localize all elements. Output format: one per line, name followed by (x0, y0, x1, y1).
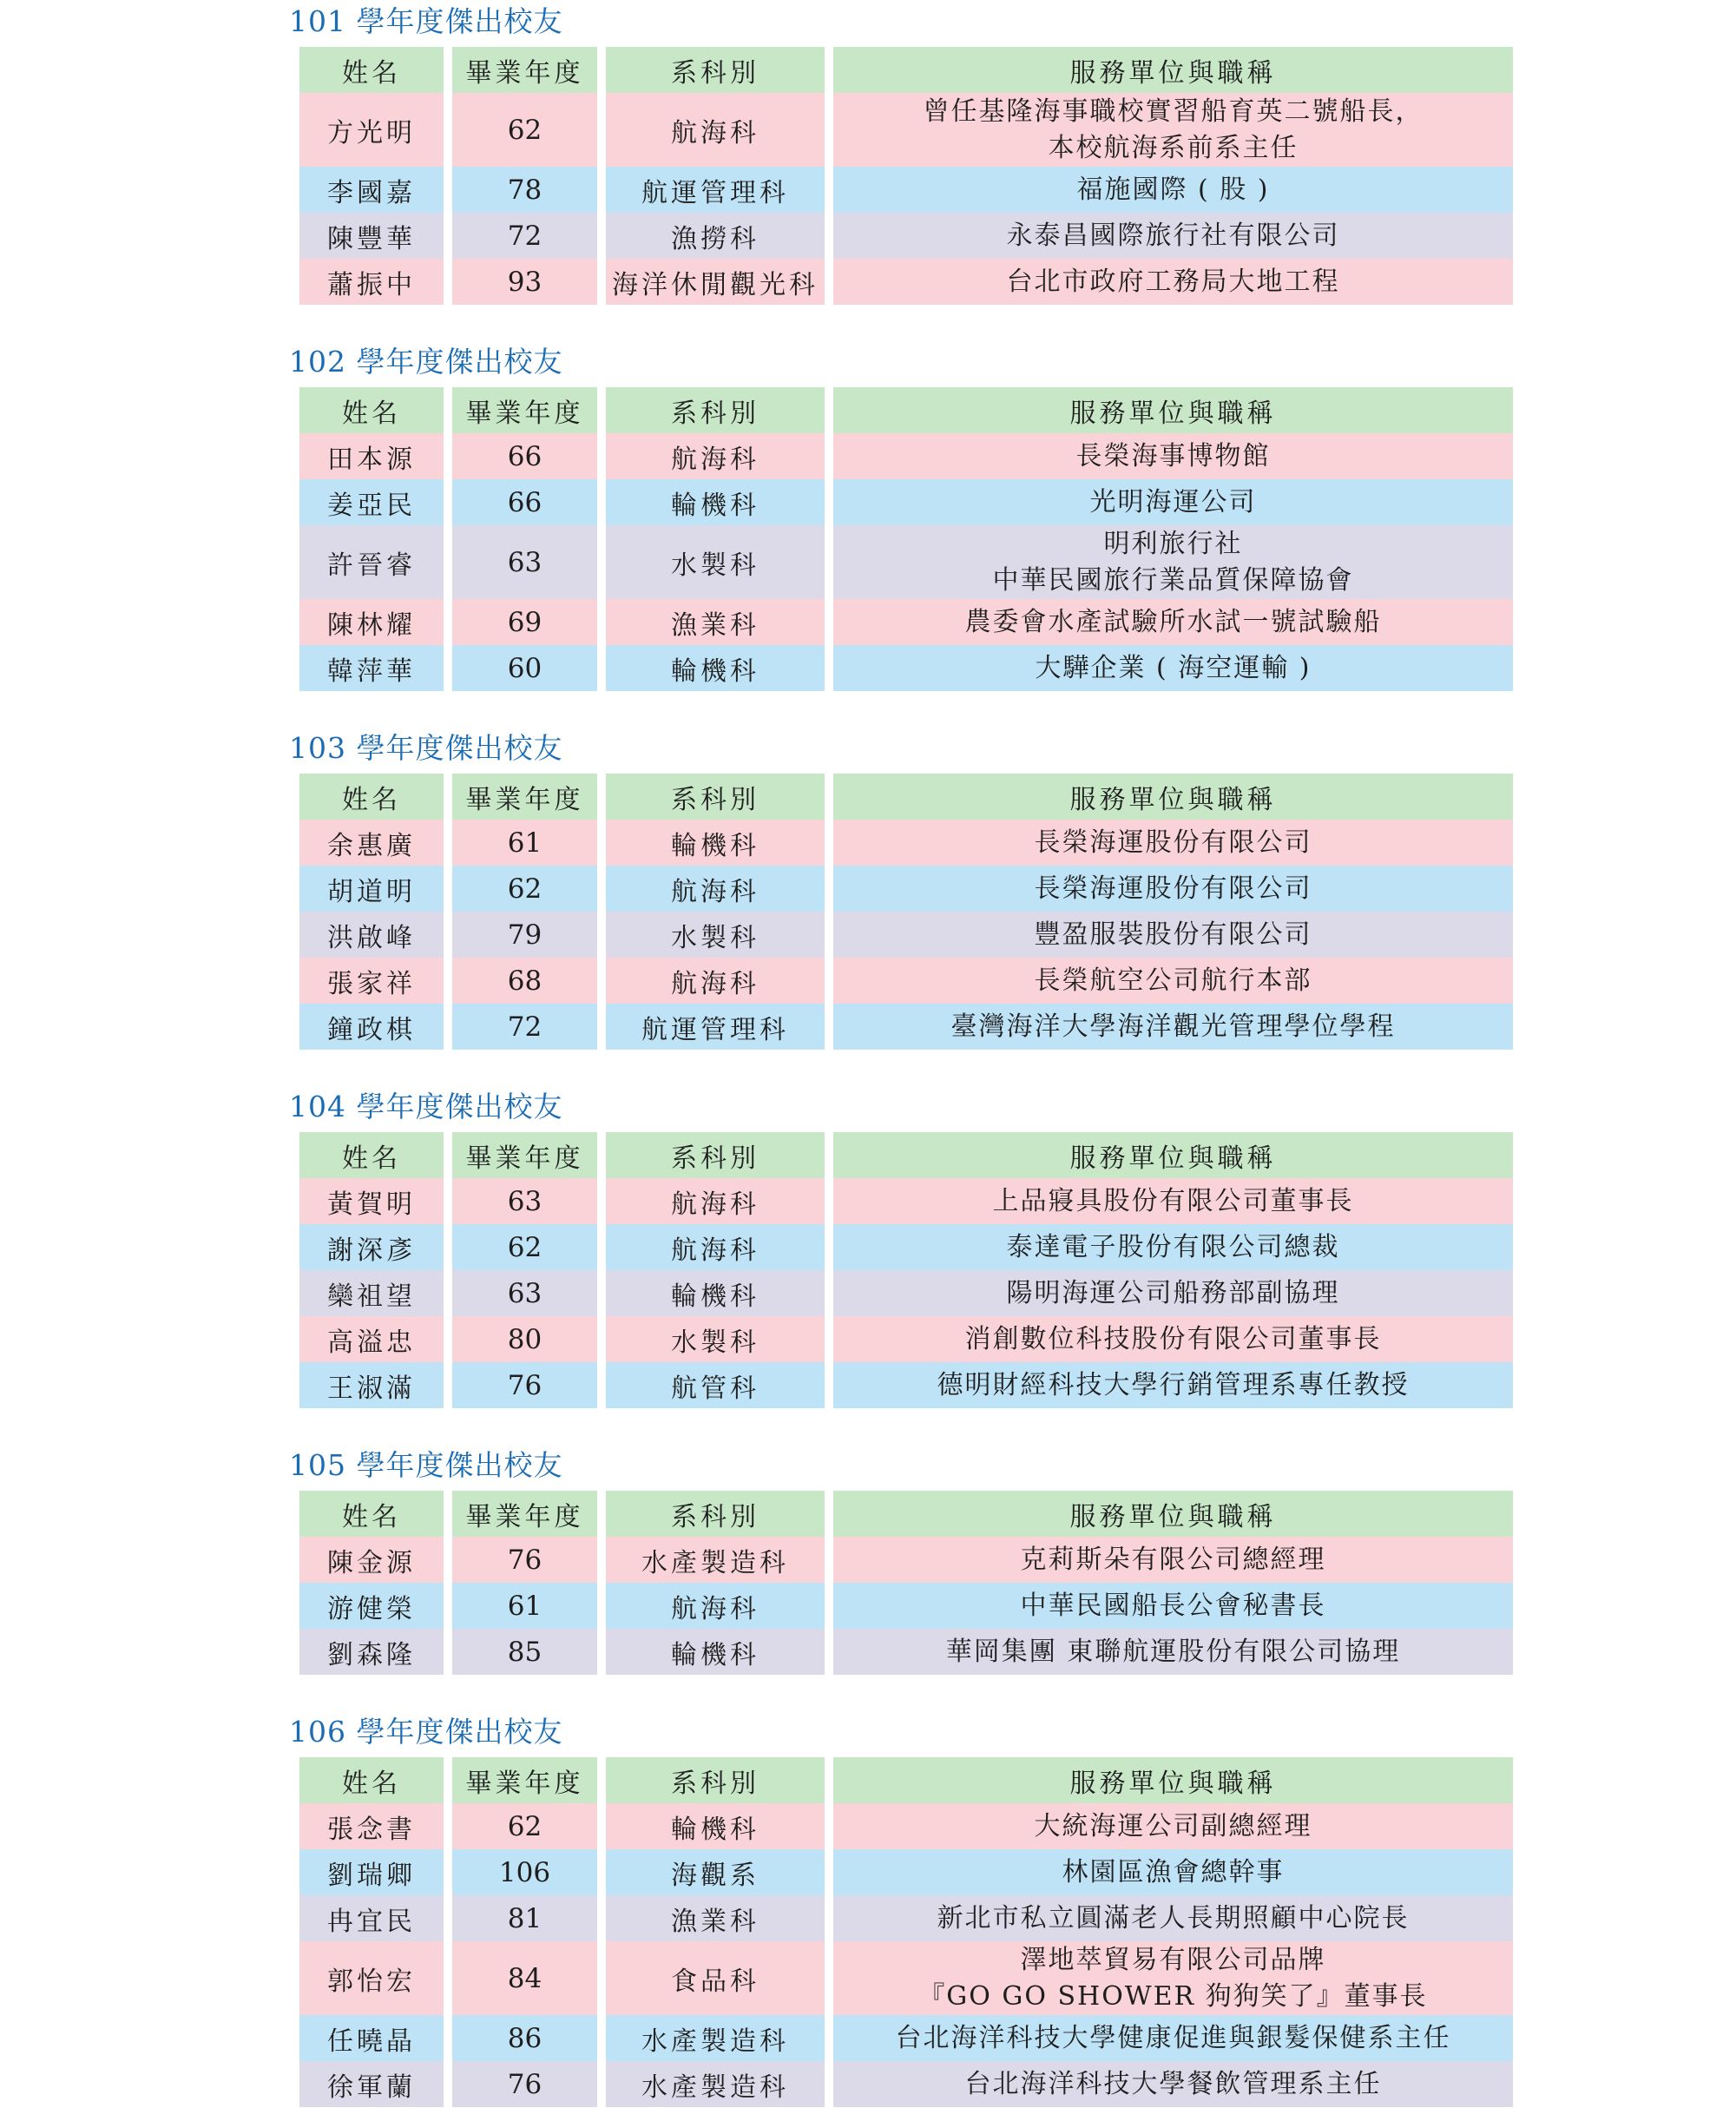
table-row: 李國嘉78航運管理科福施國際 ( 股 ) (299, 167, 1513, 213)
table-row: 游健榮61航海科中華民國船長公會秘書長 (299, 1583, 1513, 1629)
table-row: 田本源66航海科長榮海事博物館 (299, 433, 1513, 479)
table-row: 蕭振中93海洋休閒觀光科台北市政府工務局大地工程 (299, 259, 1513, 305)
service-unit-line: 大驊企業 ( 海空運輸 ) (1035, 650, 1311, 687)
cell-service-unit: 上品寢具股份有限公司董事長 (833, 1178, 1513, 1224)
section-title: 103 學年度傑出校友 (289, 734, 1736, 763)
column-header-name: 姓名 (299, 1757, 444, 1803)
alumni-table: 姓名畢業年度系科別服務單位與職稱黃賀明63航海科上品寢具股份有限公司董事長謝深彥… (299, 1132, 1513, 1408)
service-unit-line: 上品寢具股份有限公司董事長 (993, 1183, 1354, 1220)
cell-department: 航海科 (606, 1178, 825, 1224)
document-page: 101 學年度傑出校友姓名畢業年度系科別服務單位與職稱方光明62航海科曾任基隆海… (0, 0, 1736, 2108)
cell-name: 劉森隆 (299, 1629, 444, 1675)
cell-graduation-year: 76 (452, 1362, 597, 1408)
section-title: 104 學年度傑出校友 (289, 1092, 1736, 1122)
service-unit-line: 長榮海運股份有限公司 (1035, 871, 1312, 907)
cell-graduation-year: 106 (452, 1849, 597, 1895)
cell-service-unit: 中華民國船長公會秘書長 (833, 1583, 1513, 1629)
alumni-table: 姓名畢業年度系科別服務單位與職稱田本源66航海科長榮海事博物館姜亞民66輪機科光… (299, 387, 1513, 691)
table-row: 姜亞民66輪機科光明海運公司 (299, 479, 1513, 525)
cell-service-unit: 德明財經科技大學行銷管理系專任教授 (833, 1362, 1513, 1408)
cell-department: 航海科 (606, 1224, 825, 1270)
cell-graduation-year: 62 (452, 93, 597, 167)
cell-name: 鐘政棋 (299, 1004, 444, 1050)
cell-department: 航運管理科 (606, 167, 825, 213)
service-unit-line: 曾任基隆海事職校實習船育英二號船長， (924, 94, 1424, 130)
alumni-table: 姓名畢業年度系科別服務單位與職稱方光明62航海科曾任基隆海事職校實習船育英二號船… (299, 47, 1513, 305)
cell-graduation-year: 62 (452, 866, 597, 912)
table-row: 黃賀明63航海科上品寢具股份有限公司董事長 (299, 1178, 1513, 1224)
cell-department: 航海科 (606, 433, 825, 479)
cell-graduation-year: 60 (452, 645, 597, 691)
cell-department: 海洋休閒觀光科 (606, 259, 825, 305)
alumni-section: 106 學年度傑出校友姓名畢業年度系科別服務單位與職稱張念書62輪機科大統海運公… (289, 1717, 1736, 2107)
cell-service-unit: 泰達電子股份有限公司總裁 (833, 1224, 1513, 1270)
cell-service-unit: 長榮航空公司航行本部 (833, 958, 1513, 1004)
service-unit-line: 明利旅行社 (1104, 526, 1243, 563)
service-unit-line: 新北市私立圓滿老人長期照顧中心院長 (937, 1900, 1410, 1937)
cell-graduation-year: 62 (452, 1224, 597, 1270)
cell-department: 漁業科 (606, 1895, 825, 1941)
cell-graduation-year: 61 (452, 1583, 597, 1629)
cell-department: 食品科 (606, 1941, 825, 2015)
cell-department: 航海科 (606, 958, 825, 1004)
table-row: 謝深彥62航海科泰達電子股份有限公司總裁 (299, 1224, 1513, 1270)
cell-name: 劉瑞卿 (299, 1849, 444, 1895)
cell-service-unit: 陽明海運公司船務部副協理 (833, 1270, 1513, 1316)
service-unit-line: 泰達電子股份有限公司總裁 (1007, 1229, 1340, 1266)
service-unit-line: 豐盈服裝股份有限公司 (1035, 917, 1312, 953)
service-unit-line: 福施國際 ( 股 ) (1076, 172, 1269, 208)
column-header-name: 姓名 (299, 774, 444, 820)
service-unit-line: 中華民國船長公會秘書長 (1021, 1588, 1326, 1624)
cell-department: 輪機科 (606, 1270, 825, 1316)
table-row: 欒祖望63輪機科陽明海運公司船務部副協理 (299, 1270, 1513, 1316)
cell-department: 輪機科 (606, 1803, 825, 1849)
table-header-row: 姓名畢業年度系科別服務單位與職稱 (299, 387, 1513, 433)
cell-graduation-year: 79 (452, 912, 597, 958)
cell-name: 陳豐華 (299, 213, 444, 259)
cell-name: 許晉睿 (299, 525, 444, 599)
service-unit-line: 中華民國旅行業品質保障協會 (993, 563, 1354, 599)
cell-graduation-year: 76 (452, 2061, 597, 2107)
service-unit-line: 林園區漁會總幹事 (1062, 1854, 1285, 1891)
cell-service-unit: 台北海洋科技大學健康促進與銀髮保健系主任 (833, 2015, 1513, 2061)
cell-name: 張念書 (299, 1803, 444, 1849)
column-header-name: 姓名 (299, 1491, 444, 1537)
section-title: 106 學年度傑出校友 (289, 1717, 1736, 1747)
cell-service-unit: 克莉斯朵有限公司總經理 (833, 1537, 1513, 1583)
cell-name: 郭怡宏 (299, 1941, 444, 2015)
table-row: 冉宜民81漁業科新北市私立圓滿老人長期照顧中心院長 (299, 1895, 1513, 1941)
service-unit-line: 大統海運公司副總經理 (1035, 1808, 1312, 1845)
table-row: 陳豐華72漁撈科永泰昌國際旅行社有限公司 (299, 213, 1513, 259)
cell-name: 任曉晶 (299, 2015, 444, 2061)
alumni-section: 104 學年度傑出校友姓名畢業年度系科別服務單位與職稱黃賀明63航海科上品寢具股… (289, 1092, 1736, 1408)
cell-name: 謝深彥 (299, 1224, 444, 1270)
column-header-department: 系科別 (606, 1132, 825, 1178)
cell-department: 水產製造科 (606, 1537, 825, 1583)
cell-department: 水產製造科 (606, 2015, 825, 2061)
cell-department: 漁撈科 (606, 213, 825, 259)
alumni-section: 103 學年度傑出校友姓名畢業年度系科別服務單位與職稱余惠廣61輪機科長榮海運股… (289, 734, 1736, 1050)
cell-name: 冉宜民 (299, 1895, 444, 1941)
alumni-table: 姓名畢業年度系科別服務單位與職稱張念書62輪機科大統海運公司副總經理劉瑞卿106… (299, 1757, 1513, 2107)
column-header-graduation-year: 畢業年度 (452, 1132, 597, 1178)
cell-department: 輪機科 (606, 645, 825, 691)
cell-department: 水產製造科 (606, 2061, 825, 2107)
cell-graduation-year: 72 (452, 213, 597, 259)
table-row: 張家祥68航海科長榮航空公司航行本部 (299, 958, 1513, 1004)
table-row: 韓萍華60輪機科大驊企業 ( 海空運輸 ) (299, 645, 1513, 691)
table-row: 劉瑞卿106海觀系林園區漁會總幹事 (299, 1849, 1513, 1895)
table-row: 余惠廣61輪機科長榮海運股份有限公司 (299, 820, 1513, 866)
cell-graduation-year: 78 (452, 167, 597, 213)
cell-name: 游健榮 (299, 1583, 444, 1629)
table-header-row: 姓名畢業年度系科別服務單位與職稱 (299, 774, 1513, 820)
cell-graduation-year: 63 (452, 525, 597, 599)
table-row: 王淑滿76航管科德明財經科技大學行銷管理系專任教授 (299, 1362, 1513, 1408)
cell-department: 水製科 (606, 525, 825, 599)
table-row: 洪啟峰79水製科豐盈服裝股份有限公司 (299, 912, 1513, 958)
cell-name: 余惠廣 (299, 820, 444, 866)
column-header-graduation-year: 畢業年度 (452, 774, 597, 820)
column-header-service-unit: 服務單位與職稱 (833, 1757, 1513, 1803)
cell-service-unit: 臺灣海洋大學海洋觀光管理學位學程 (833, 1004, 1513, 1050)
cell-name: 黃賀明 (299, 1178, 444, 1224)
cell-service-unit: 林園區漁會總幹事 (833, 1849, 1513, 1895)
alumni-section: 102 學年度傑出校友姓名畢業年度系科別服務單位與職稱田本源66航海科長榮海事博… (289, 347, 1736, 691)
service-unit-line: 消創數位科技股份有限公司董事長 (965, 1321, 1382, 1358)
table-row: 張念書62輪機科大統海運公司副總經理 (299, 1803, 1513, 1849)
cell-name: 欒祖望 (299, 1270, 444, 1316)
cell-graduation-year: 76 (452, 1537, 597, 1583)
column-header-service-unit: 服務單位與職稱 (833, 387, 1513, 433)
cell-service-unit: 農委會水產試驗所水試一號試驗船 (833, 599, 1513, 645)
cell-graduation-year: 84 (452, 1941, 597, 2015)
column-header-graduation-year: 畢業年度 (452, 47, 597, 93)
column-header-graduation-year: 畢業年度 (452, 1757, 597, 1803)
table-row: 許晉睿63水製科明利旅行社中華民國旅行業品質保障協會 (299, 525, 1513, 599)
column-header-department: 系科別 (606, 47, 825, 93)
cell-name: 蕭振中 (299, 259, 444, 305)
service-unit-line: 華岡集團 東聯航運股份有限公司協理 (946, 1634, 1401, 1670)
cell-department: 輪機科 (606, 820, 825, 866)
table-header-row: 姓名畢業年度系科別服務單位與職稱 (299, 1757, 1513, 1803)
cell-service-unit: 長榮海事博物館 (833, 433, 1513, 479)
cell-graduation-year: 66 (452, 479, 597, 525)
cell-department: 水製科 (606, 1316, 825, 1362)
service-unit-line: 長榮海運股份有限公司 (1035, 825, 1312, 861)
cell-service-unit: 豐盈服裝股份有限公司 (833, 912, 1513, 958)
cell-graduation-year: 85 (452, 1629, 597, 1675)
column-header-name: 姓名 (299, 47, 444, 93)
cell-department: 海觀系 (606, 1849, 825, 1895)
table-row: 胡道明62航海科長榮海運股份有限公司 (299, 866, 1513, 912)
service-unit-line: 臺灣海洋大學海洋觀光管理學位學程 (951, 1009, 1396, 1045)
cell-department: 輪機科 (606, 1629, 825, 1675)
cell-graduation-year: 63 (452, 1270, 597, 1316)
service-unit-line: 台北海洋科技大學餐飲管理系主任 (965, 2066, 1382, 2103)
cell-name: 李國嘉 (299, 167, 444, 213)
table-header-row: 姓名畢業年度系科別服務單位與職稱 (299, 1132, 1513, 1178)
table-row: 徐軍蘭76水產製造科台北海洋科技大學餐飲管理系主任 (299, 2061, 1513, 2107)
service-unit-line: 克莉斯朵有限公司總經理 (1021, 1542, 1326, 1578)
cell-service-unit: 明利旅行社中華民國旅行業品質保障協會 (833, 525, 1513, 599)
cell-graduation-year: 81 (452, 1895, 597, 1941)
service-unit-line: 農委會水產試驗所水試一號試驗船 (965, 604, 1382, 641)
service-unit-line: 永泰昌國際旅行社有限公司 (1007, 218, 1340, 254)
table-header-row: 姓名畢業年度系科別服務單位與職稱 (299, 1491, 1513, 1537)
alumni-table: 姓名畢業年度系科別服務單位與職稱陳金源76水產製造科克莉斯朵有限公司總經理游健榮… (299, 1491, 1513, 1675)
cell-graduation-year: 93 (452, 259, 597, 305)
column-header-service-unit: 服務單位與職稱 (833, 47, 1513, 93)
cell-department: 水製科 (606, 912, 825, 958)
cell-name: 張家祥 (299, 958, 444, 1004)
column-header-graduation-year: 畢業年度 (452, 1491, 597, 1537)
cell-service-unit: 澤地萃貿易有限公司品牌『GO GO SHOWER 狗狗笑了』董事長 (833, 1941, 1513, 2015)
cell-graduation-year: 61 (452, 820, 597, 866)
alumni-section: 101 學年度傑出校友姓名畢業年度系科別服務單位與職稱方光明62航海科曾任基隆海… (289, 7, 1736, 305)
cell-service-unit: 華岡集團 東聯航運股份有限公司協理 (833, 1629, 1513, 1675)
cell-service-unit: 台北市政府工務局大地工程 (833, 259, 1513, 305)
alumni-table: 姓名畢業年度系科別服務單位與職稱余惠廣61輪機科長榮海運股份有限公司胡道明62航… (299, 774, 1513, 1050)
column-header-department: 系科別 (606, 774, 825, 820)
cell-department: 航海科 (606, 1583, 825, 1629)
cell-service-unit: 消創數位科技股份有限公司董事長 (833, 1316, 1513, 1362)
cell-name: 姜亞民 (299, 479, 444, 525)
cell-department: 航管科 (606, 1362, 825, 1408)
column-header-name: 姓名 (299, 1132, 444, 1178)
cell-graduation-year: 63 (452, 1178, 597, 1224)
cell-service-unit: 長榮海運股份有限公司 (833, 866, 1513, 912)
cell-service-unit: 長榮海運股份有限公司 (833, 820, 1513, 866)
cell-graduation-year: 86 (452, 2015, 597, 2061)
cell-name: 陳金源 (299, 1537, 444, 1583)
cell-graduation-year: 62 (452, 1803, 597, 1849)
cell-name: 王淑滿 (299, 1362, 444, 1408)
cell-service-unit: 大驊企業 ( 海空運輸 ) (833, 645, 1513, 691)
cell-name: 陳林耀 (299, 599, 444, 645)
cell-graduation-year: 66 (452, 433, 597, 479)
cell-graduation-year: 68 (452, 958, 597, 1004)
table-row: 陳金源76水產製造科克莉斯朵有限公司總經理 (299, 1537, 1513, 1583)
service-unit-line: 本校航海系前系主任 (1049, 130, 1299, 167)
service-unit-line: 德明財經科技大學行銷管理系專任教授 (937, 1367, 1410, 1404)
service-unit-line: 澤地萃貿易有限公司品牌 (1021, 1942, 1326, 1979)
cell-service-unit: 永泰昌國際旅行社有限公司 (833, 213, 1513, 259)
section-title: 101 學年度傑出校友 (289, 7, 1736, 36)
service-unit-line: 光明海運公司 (1090, 484, 1257, 521)
cell-graduation-year: 69 (452, 599, 597, 645)
column-header-department: 系科別 (606, 1757, 825, 1803)
cell-department: 航運管理科 (606, 1004, 825, 1050)
cell-department: 輪機科 (606, 479, 825, 525)
alumni-section: 105 學年度傑出校友姓名畢業年度系科別服務單位與職稱陳金源76水產製造科克莉斯… (289, 1451, 1736, 1675)
section-title: 102 學年度傑出校友 (289, 347, 1736, 377)
cell-name: 方光明 (299, 93, 444, 167)
cell-service-unit: 光明海運公司 (833, 479, 1513, 525)
cell-department: 漁業科 (606, 599, 825, 645)
column-header-department: 系科別 (606, 1491, 825, 1537)
column-header-department: 系科別 (606, 387, 825, 433)
column-header-graduation-year: 畢業年度 (452, 387, 597, 433)
cell-name: 徐軍蘭 (299, 2061, 444, 2107)
table-header-row: 姓名畢業年度系科別服務單位與職稱 (299, 47, 1513, 93)
table-row: 任曉晶86水產製造科台北海洋科技大學健康促進與銀髮保健系主任 (299, 2015, 1513, 2061)
cell-name: 洪啟峰 (299, 912, 444, 958)
section-title: 105 學年度傑出校友 (289, 1451, 1736, 1480)
table-row: 鐘政棋72航運管理科臺灣海洋大學海洋觀光管理學位學程 (299, 1004, 1513, 1050)
service-unit-line: 台北市政府工務局大地工程 (1007, 264, 1340, 300)
cell-department: 航海科 (606, 866, 825, 912)
table-row: 陳林耀69漁業科農委會水產試驗所水試一號試驗船 (299, 599, 1513, 645)
table-row: 高溢忠80水製科消創數位科技股份有限公司董事長 (299, 1316, 1513, 1362)
cell-graduation-year: 80 (452, 1316, 597, 1362)
cell-name: 胡道明 (299, 866, 444, 912)
table-row: 劉森隆85輪機科華岡集團 東聯航運股份有限公司協理 (299, 1629, 1513, 1675)
service-unit-line: 長榮航空公司航行本部 (1035, 963, 1312, 999)
service-unit-line: 長榮海事博物館 (1076, 438, 1271, 475)
table-row: 方光明62航海科曾任基隆海事職校實習船育英二號船長，本校航海系前系主任 (299, 93, 1513, 167)
cell-service-unit: 大統海運公司副總經理 (833, 1803, 1513, 1849)
service-unit-line: 台北海洋科技大學健康促進與銀髮保健系主任 (896, 2020, 1451, 2057)
cell-department: 航海科 (606, 93, 825, 167)
cell-name: 田本源 (299, 433, 444, 479)
cell-name: 高溢忠 (299, 1316, 444, 1362)
column-header-service-unit: 服務單位與職稱 (833, 1491, 1513, 1537)
cell-service-unit: 新北市私立圓滿老人長期照顧中心院長 (833, 1895, 1513, 1941)
alumni-sections: 101 學年度傑出校友姓名畢業年度系科別服務單位與職稱方光明62航海科曾任基隆海… (289, 7, 1736, 2107)
service-unit-line: 『GO GO SHOWER 狗狗笑了』董事長 (918, 1979, 1427, 2015)
service-unit-line: 陽明海運公司船務部副協理 (1007, 1275, 1340, 1312)
cell-service-unit: 曾任基隆海事職校實習船育英二號船長，本校航海系前系主任 (833, 93, 1513, 167)
cell-service-unit: 台北海洋科技大學餐飲管理系主任 (833, 2061, 1513, 2107)
column-header-service-unit: 服務單位與職稱 (833, 774, 1513, 820)
cell-name: 韓萍華 (299, 645, 444, 691)
cell-graduation-year: 72 (452, 1004, 597, 1050)
table-row: 郭怡宏84食品科澤地萃貿易有限公司品牌『GO GO SHOWER 狗狗笑了』董事… (299, 1941, 1513, 2015)
column-header-service-unit: 服務單位與職稱 (833, 1132, 1513, 1178)
column-header-name: 姓名 (299, 387, 444, 433)
cell-service-unit: 福施國際 ( 股 ) (833, 167, 1513, 213)
